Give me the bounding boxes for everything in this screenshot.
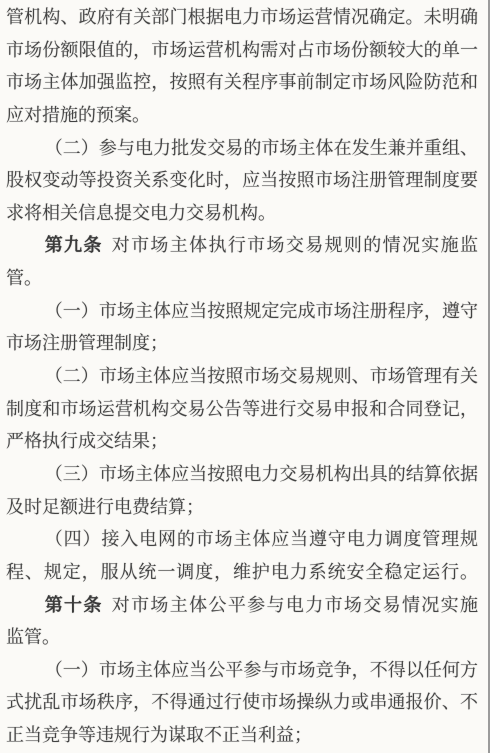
text-line: 程、规定，服从统一调度，维护电力系统安全稳定运行。 — [6, 556, 478, 589]
text-line: 监管。 — [6, 621, 478, 654]
text-line: （一）市场主体应当公平参与市场竞争，不得以任何方 — [6, 654, 478, 687]
text-line: 市场注册管理制度； — [6, 327, 478, 360]
text-line: 及时足额进行电费结算； — [6, 491, 478, 524]
text-line: 市场主体加强监控，按照有关程序事前制定市场风险防范和 — [6, 66, 478, 99]
article-number-label: 第十条 — [45, 595, 103, 615]
document-body: 管机构、政府有关部门根据电力市场运营情况确定。未明确 市场份额限值的，市场运营机… — [6, 1, 478, 752]
text-line: 市场份额限值的，市场运营机构需对占市场份额较大的单一 — [6, 34, 478, 67]
text-line-article-10: 第十条对市场主体公平参与电力市场交易情况实施 — [6, 589, 478, 622]
article-number-label: 第九条 — [45, 235, 103, 255]
text-line: 管。 — [6, 262, 478, 295]
page-right-margin — [490, 0, 500, 753]
text-line: 管机构、政府有关部门根据电力市场运营情况确定。未明确 — [6, 1, 478, 34]
text-line: 应对措施的预案。 — [6, 99, 478, 132]
text-line: （一）市场主体应当按照规定完成市场注册程序，遵守 — [6, 295, 478, 328]
article-text: 对市场主体执行市场交易规则的情况实施监 — [112, 235, 478, 255]
text-line: 式扰乱市场秩序，不得通过行使市场操纵力或串通报价、不 — [6, 686, 478, 719]
text-line: （三）市场主体应当按照电力交易机构出具的结算依据 — [6, 458, 478, 491]
text-line: 制度和市场运营机构交易公告等进行交易申报和合同登记， — [6, 393, 478, 426]
text-line: 股权变动等投资关系变化时，应当按照市场注册管理制度要 — [6, 164, 478, 197]
text-line: 求将相关信息提交电力交易机构。 — [6, 197, 478, 230]
text-line: 正当竞争等违规行为谋取不正当利益； — [6, 719, 478, 752]
text-line-article-9: 第九条对市场主体执行市场交易规则的情况实施监 — [6, 229, 478, 262]
article-text: 对市场主体公平参与电力市场交易情况实施 — [112, 595, 478, 615]
text-line: （二）市场主体应当按照市场交易规则、市场管理有关 — [6, 360, 478, 393]
text-line: （二）参与电力批发交易的市场主体在发生兼并重组、 — [6, 132, 478, 165]
text-line: （四）接入电网的市场主体应当遵守电力调度管理规 — [6, 523, 478, 556]
text-line: 严格执行成交结果； — [6, 425, 478, 458]
